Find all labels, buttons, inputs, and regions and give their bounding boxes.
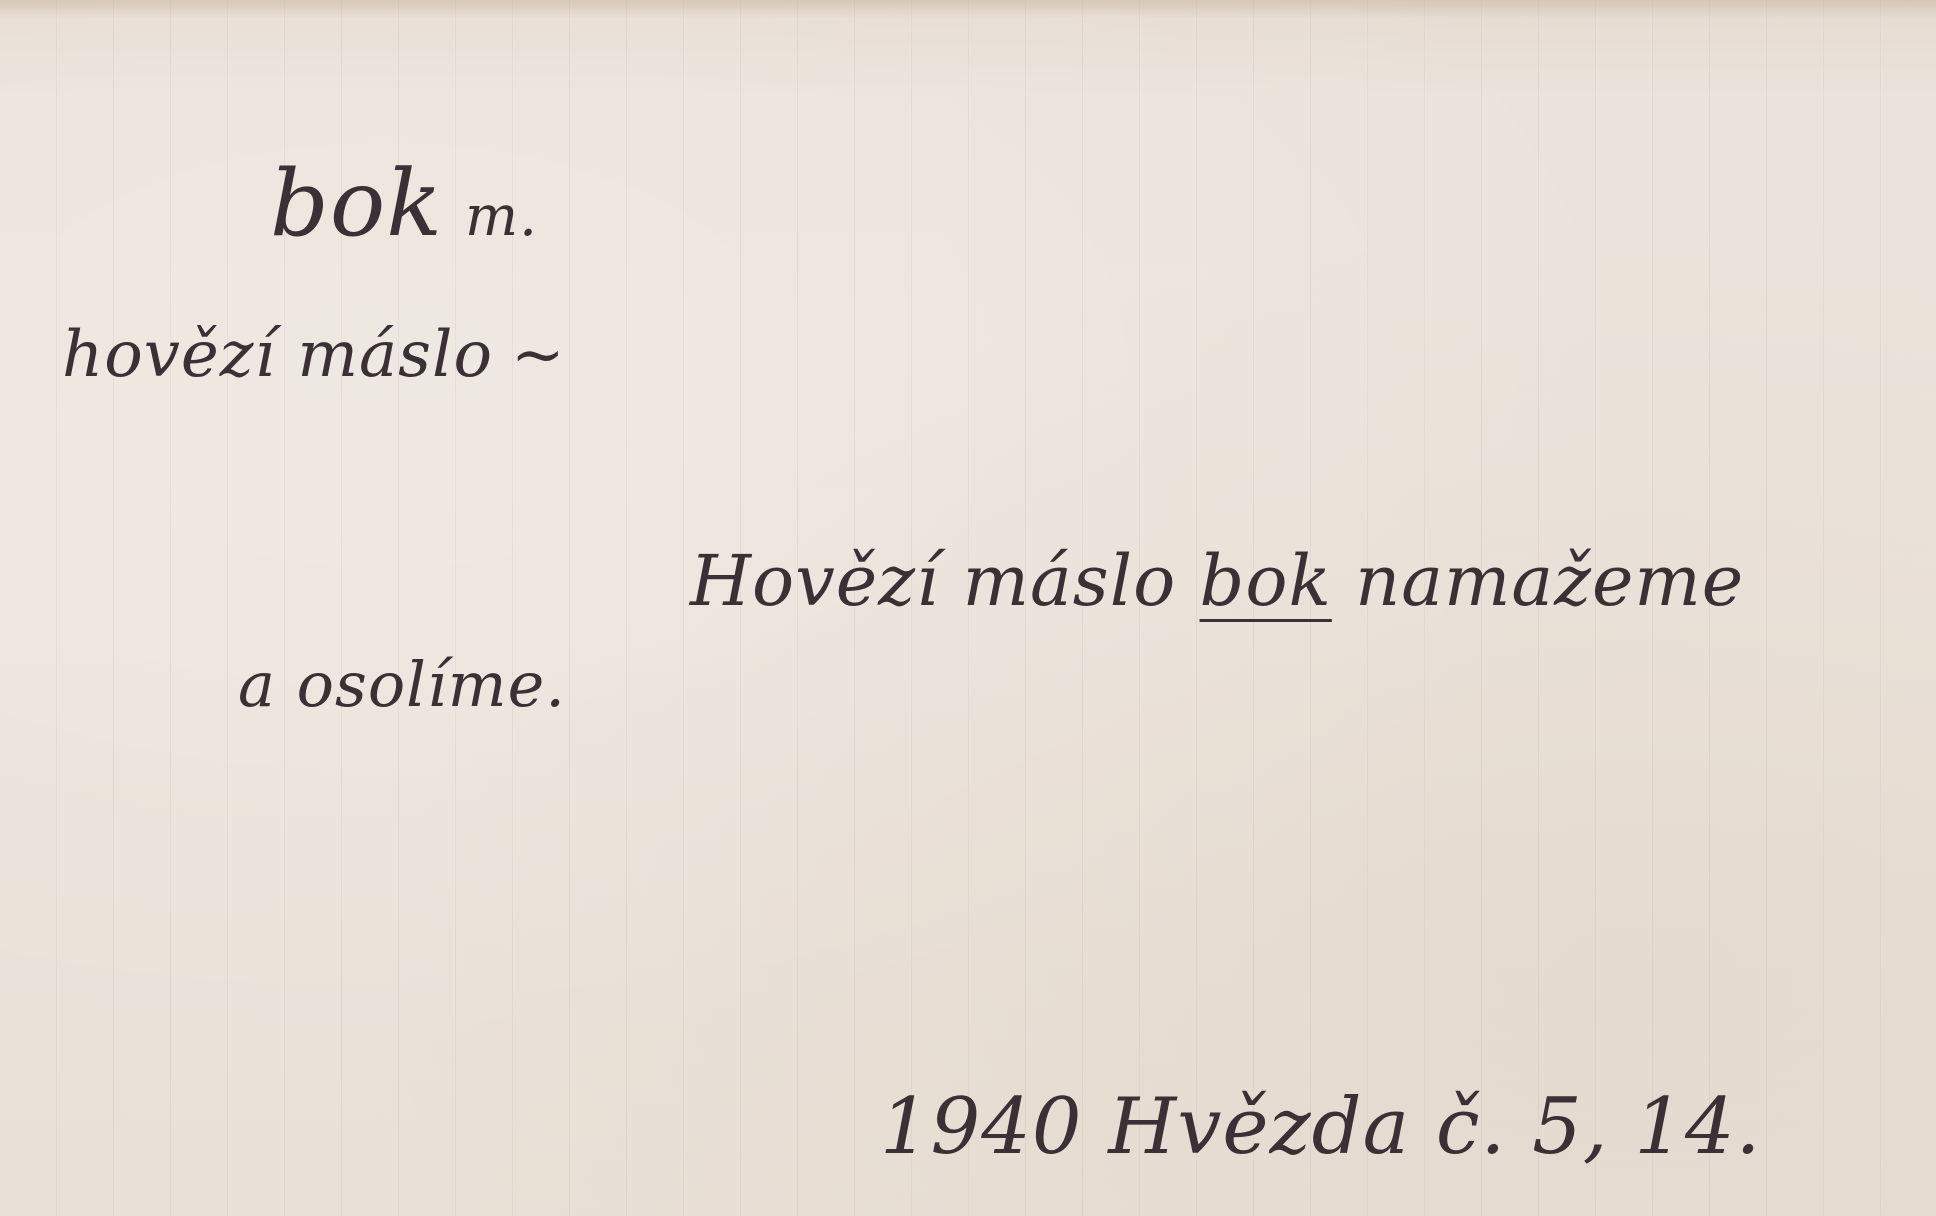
example-underlined-word: bok	[1200, 540, 1332, 622]
grammatical-gender: m.	[465, 184, 538, 249]
example-end: namažeme	[1355, 540, 1744, 622]
variant-line: hovězí máslo~	[62, 318, 566, 392]
example-sentence: Hovězí máslo bok namažeme	[690, 540, 1744, 622]
index-card: bokm. hovězí máslo~ Hovězí máslo bok nam…	[0, 0, 1936, 1216]
tilde-mark: ~	[511, 318, 566, 392]
example-start: Hovězí máslo	[690, 540, 1176, 622]
source-citation: 1940 Hvězda č. 5, 14.	[880, 1082, 1761, 1172]
headword: bok	[270, 150, 443, 257]
variant-phrase: hovězí máslo	[62, 318, 493, 392]
example-continuation: a osolíme.	[238, 648, 566, 721]
headword-line: bokm.	[270, 150, 538, 257]
